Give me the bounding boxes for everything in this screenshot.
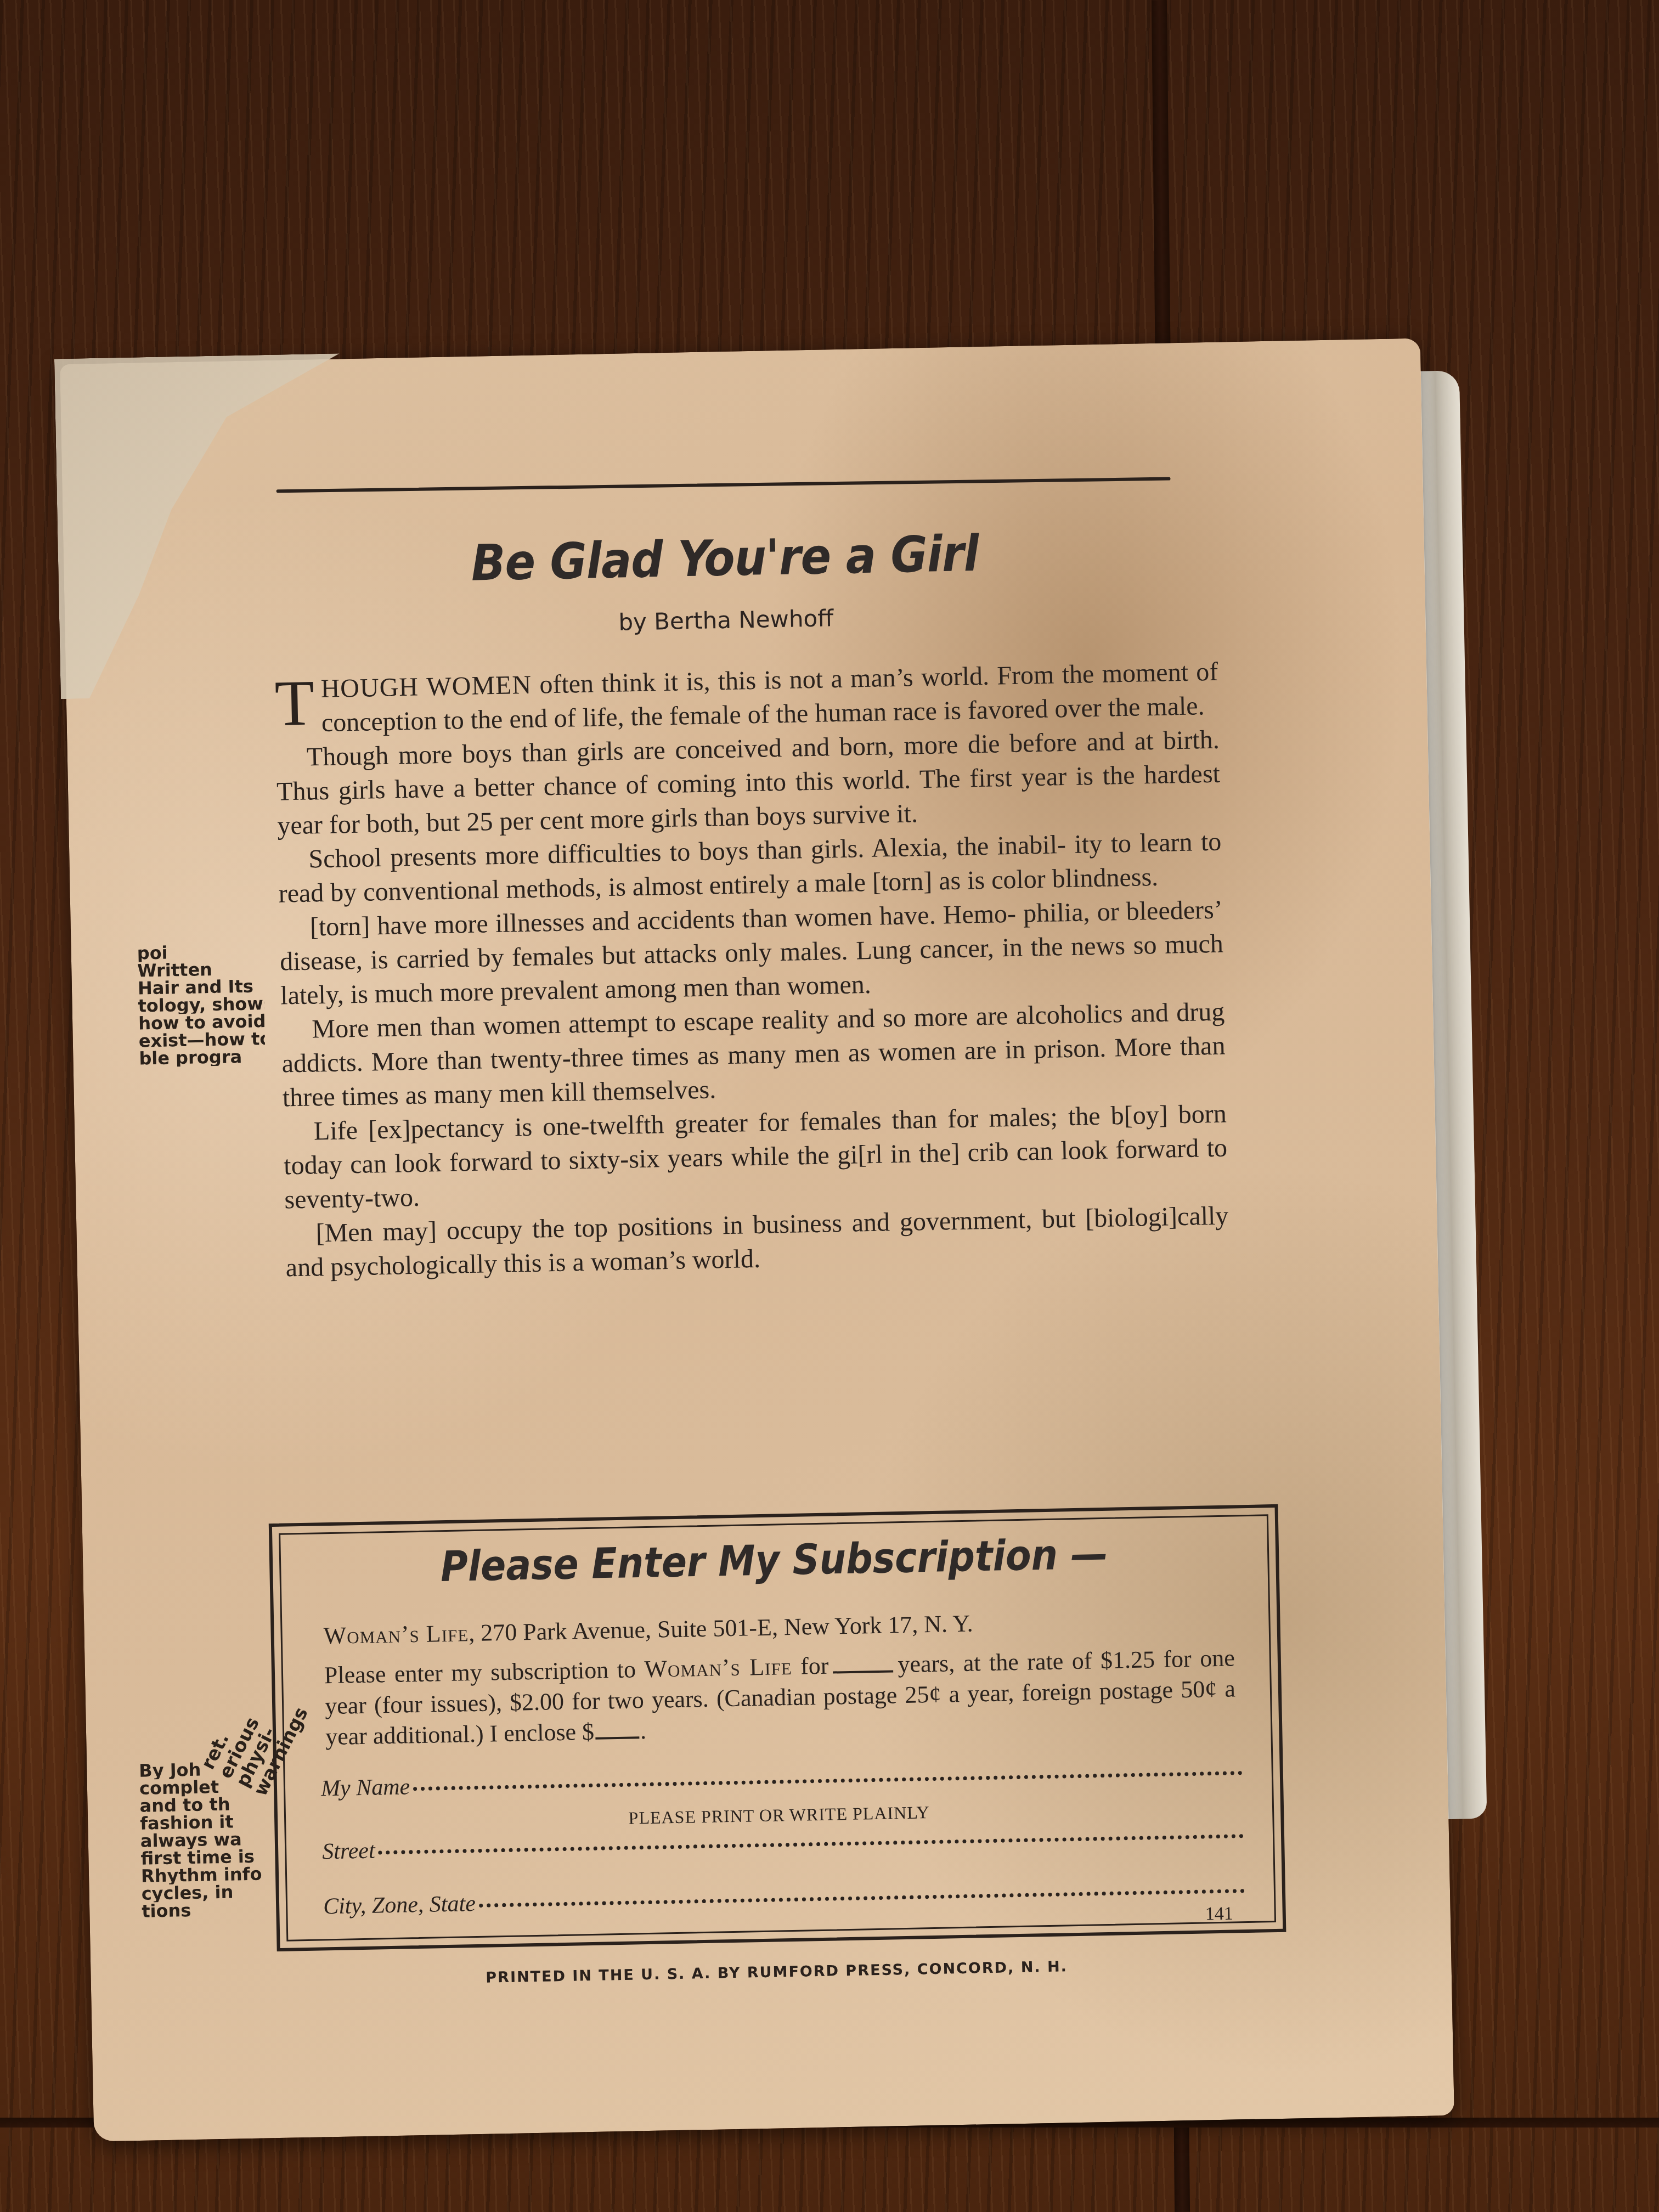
lead-in: HOUGH WOMEN [320,670,532,703]
fragment-line: and to th [139,1795,272,1815]
fragment-line: By Joh [139,1759,271,1780]
fragment-line: first time is [140,1847,273,1867]
article-content: Be Glad You're a Girl by Bertha Newhoff … [241,341,1317,2138]
page-number: 141 [1205,1904,1233,1925]
fragment-line: how to avoid ski [138,1012,265,1032]
fragment-line: exist—how to co [139,1030,266,1049]
fragment-line: poi [137,942,263,962]
paragraph: More men than women attempt to escape re… [281,995,1226,1115]
name-label: My Name [321,1774,410,1802]
underlying-text-upper: poi Written Hair and Its tology, shows w… [137,942,265,1067]
underlying-text-lower: By Joh complet and to th fashion it alwa… [139,1759,273,1920]
amount-blank-field[interactable] [595,1736,639,1740]
fragment-line: complet [139,1777,272,1797]
years-blank-field[interactable] [833,1670,894,1673]
fragment-line: fashion it [140,1812,272,1832]
fragment-line: Hair and Its [138,977,264,997]
terms-text: for [792,1652,829,1680]
article-title: Be Glad You're a Girl [244,521,1205,596]
page: poi Written Hair and Its tology, shows w… [60,338,1454,2141]
underlying-page-fragment: poi Written Hair and Its tology, shows w… [71,943,272,1977]
paragraph: Life [ex]pectancy is one-twelfth greater… [283,1097,1228,1217]
printer-imprint: PRINTED IN THE U. S. A. BY RUMFORD PRESS… [272,1954,1282,1990]
subscription-terms: Please enter my subscription to Woman’s … [324,1643,1237,1752]
publisher-name: Woman’s Life [323,1620,469,1649]
paragraph: Though more boys than girls are conceive… [275,723,1221,843]
street-label: Street [322,1838,375,1865]
subscription-form: Please Enter My Subscription — Woman’s L… [269,1504,1286,1951]
fragment-line: Rhythm info [141,1865,273,1885]
article-body: THOUGH WOMEN often think it is, this is … [274,655,1229,1285]
drop-cap: T [274,675,315,731]
fragment-line: Written [137,960,264,979]
fragment-line: always wa [140,1830,273,1850]
paragraph: [torn] have more illnesses and accidents… [279,893,1224,1013]
fragment-line: cycles, in [141,1882,273,1903]
fragment-line: tions [142,1900,274,1920]
terms-text: Please enter my subscription to [324,1656,645,1689]
publisher-name: Woman’s Life [644,1653,792,1683]
fragment-line: tology, shows what [138,995,264,1014]
city-zone-state-label: City, Zone, State [323,1891,476,1920]
header-rule [276,477,1171,493]
fragment-line: ble progra [139,1047,266,1067]
terms-text: . [640,1717,647,1744]
booklet: poi Written Hair and Its tology, shows w… [60,338,1454,2141]
article-byline: by Bertha Newhoff [246,597,1206,643]
